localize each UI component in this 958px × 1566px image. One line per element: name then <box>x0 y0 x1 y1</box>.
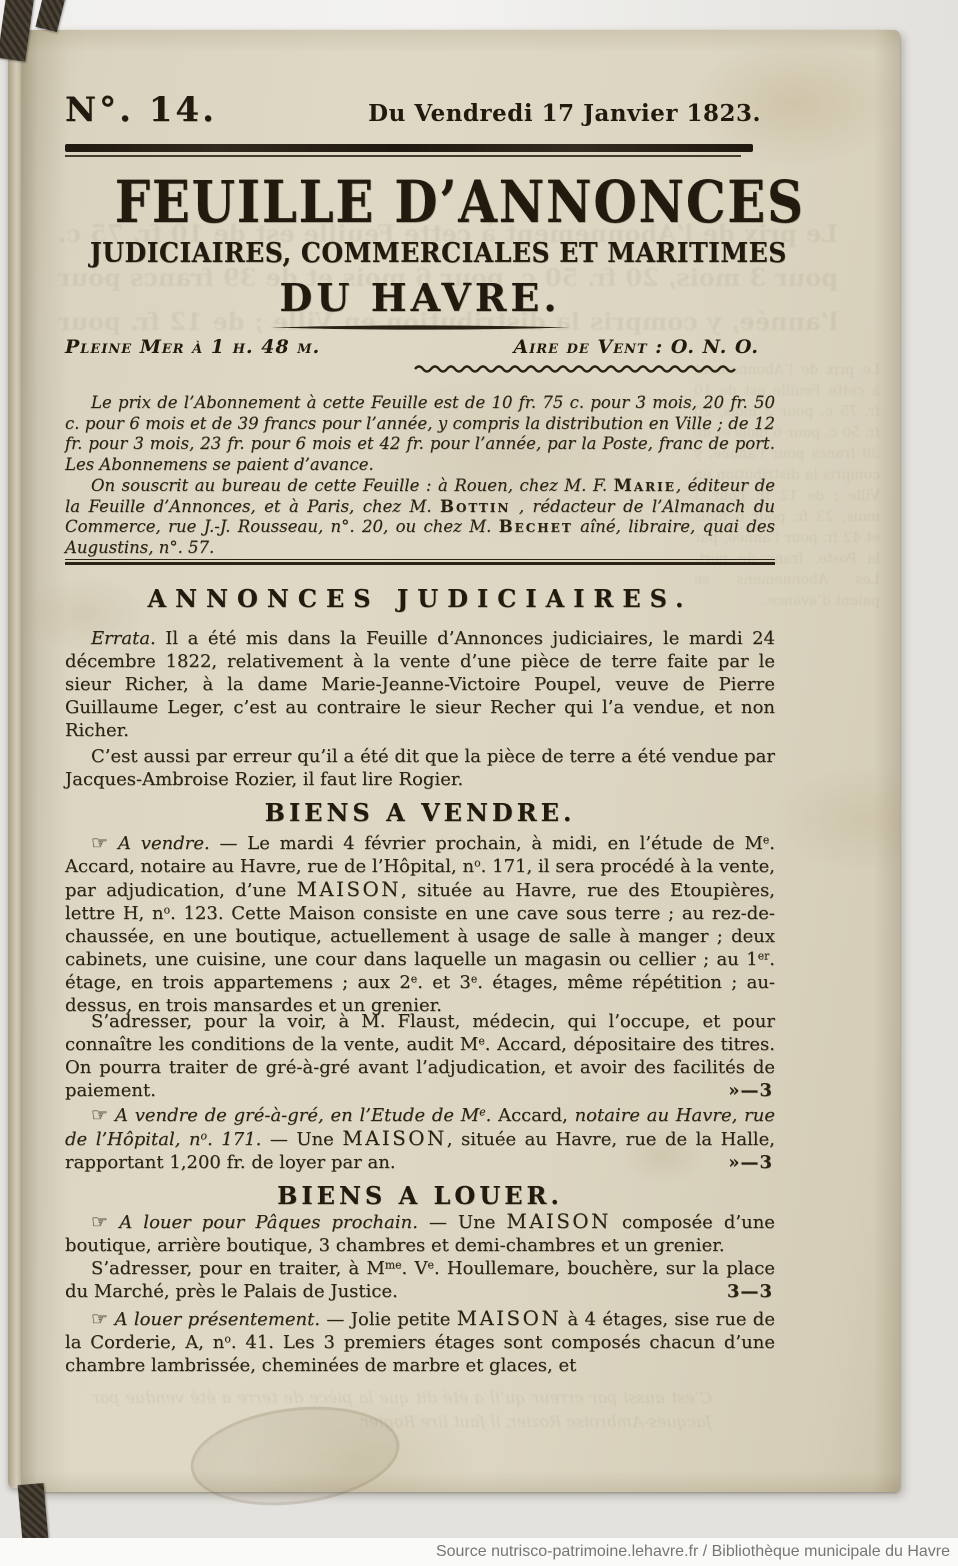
annonce-louer-presentement-paragraph: ☞ A louer présentement. — Jolie petite M… <box>65 1307 775 1377</box>
errata-paragraph: Errata. Il a été mis dans la Feuille d’A… <box>65 627 775 742</box>
section-divider-rule <box>65 559 775 565</box>
newspaper-place: DU HAVRE. <box>65 278 775 318</box>
errata-correction-paragraph: C’est aussi par erreur qu’il a été dit q… <box>65 745 775 791</box>
high-tide-time: Pleine Mer à 1 h. 48 m. <box>65 336 320 358</box>
tide-wind-line: Pleine Mer à 1 h. 48 m. Aire de Vent : O… <box>65 336 775 358</box>
source-attribution: Source nutrisco-patrimoine.lehavre.fr / … <box>0 1538 958 1566</box>
issue-date: Du Vendredi 17 Janvier 1823. <box>368 100 761 127</box>
annonce-vente-gre-a-gre-paragraph: »—3☞ A vendre de gré-à-gré, en l’Etude d… <box>65 1104 775 1174</box>
section-heading-biens-a-vendre: BIENS A VENDRE. <box>65 800 775 826</box>
newspaper-subtitle: JUDICIAIRES, COMMERCIALES ET MARITIMES <box>90 239 750 269</box>
section-heading-biens-a-louer: BIENS A LOUER. <box>65 1183 775 1209</box>
annonce-louer-paques-paragraph: ☞ A louer pour Pâques prochain. — Une MA… <box>65 1210 775 1257</box>
thin-rule <box>65 155 741 157</box>
subscription-offices-paragraph: On souscrit au bureau de cette Feuille :… <box>65 476 775 558</box>
insertion-count-mark: »—3 <box>728 1079 773 1102</box>
masthead: FEUILLE D’ANNONCES JUDICIAIRES, COMMERCI… <box>65 172 775 332</box>
annonce-vente-maison-paragraph: ☞ A vendre. — Le mardi 4 février prochai… <box>65 832 775 1017</box>
bookmark-ribbon-tail <box>18 1483 49 1541</box>
insertion-count-mark: »—3 <box>728 1151 773 1174</box>
insertion-count-mark: 3—3 <box>727 1280 773 1303</box>
newspaper-title: FEUILLE D’ANNONCES <box>115 172 726 232</box>
scan-stage: Le prix de l’Abonnement à cette Feuille … <box>0 0 958 1566</box>
newspaper-page: Le prix de l’Abonnement à cette Feuille … <box>22 30 900 1492</box>
wavy-rule <box>225 364 935 374</box>
printed-content: N°. 14. Du Vendredi 17 Janvier 1823. FEU… <box>65 30 775 1490</box>
issue-header: N°. 14. Du Vendredi 17 Janvier 1823. <box>65 90 775 130</box>
wind-direction: Aire de Vent : O. N. O. <box>514 336 760 358</box>
annonce-louer-contact-paragraph: 3—3S’adresser, pour en traiter, à Mme. V… <box>65 1257 775 1303</box>
masthead-top-rule <box>65 144 775 157</box>
subscription-price-paragraph: Le prix de l’Abonnement à cette Feuille … <box>65 393 775 475</box>
issue-number: N°. 14. <box>65 90 217 130</box>
annonce-vente-contact-paragraph: »—3S’adresser, pour la voir, à M. Flaust… <box>65 1010 775 1102</box>
swelled-rule <box>270 323 570 332</box>
thick-rule <box>65 144 753 152</box>
section-heading-annonces-judiciaires: ANNONCES JUDICIAIRES. <box>65 586 775 612</box>
